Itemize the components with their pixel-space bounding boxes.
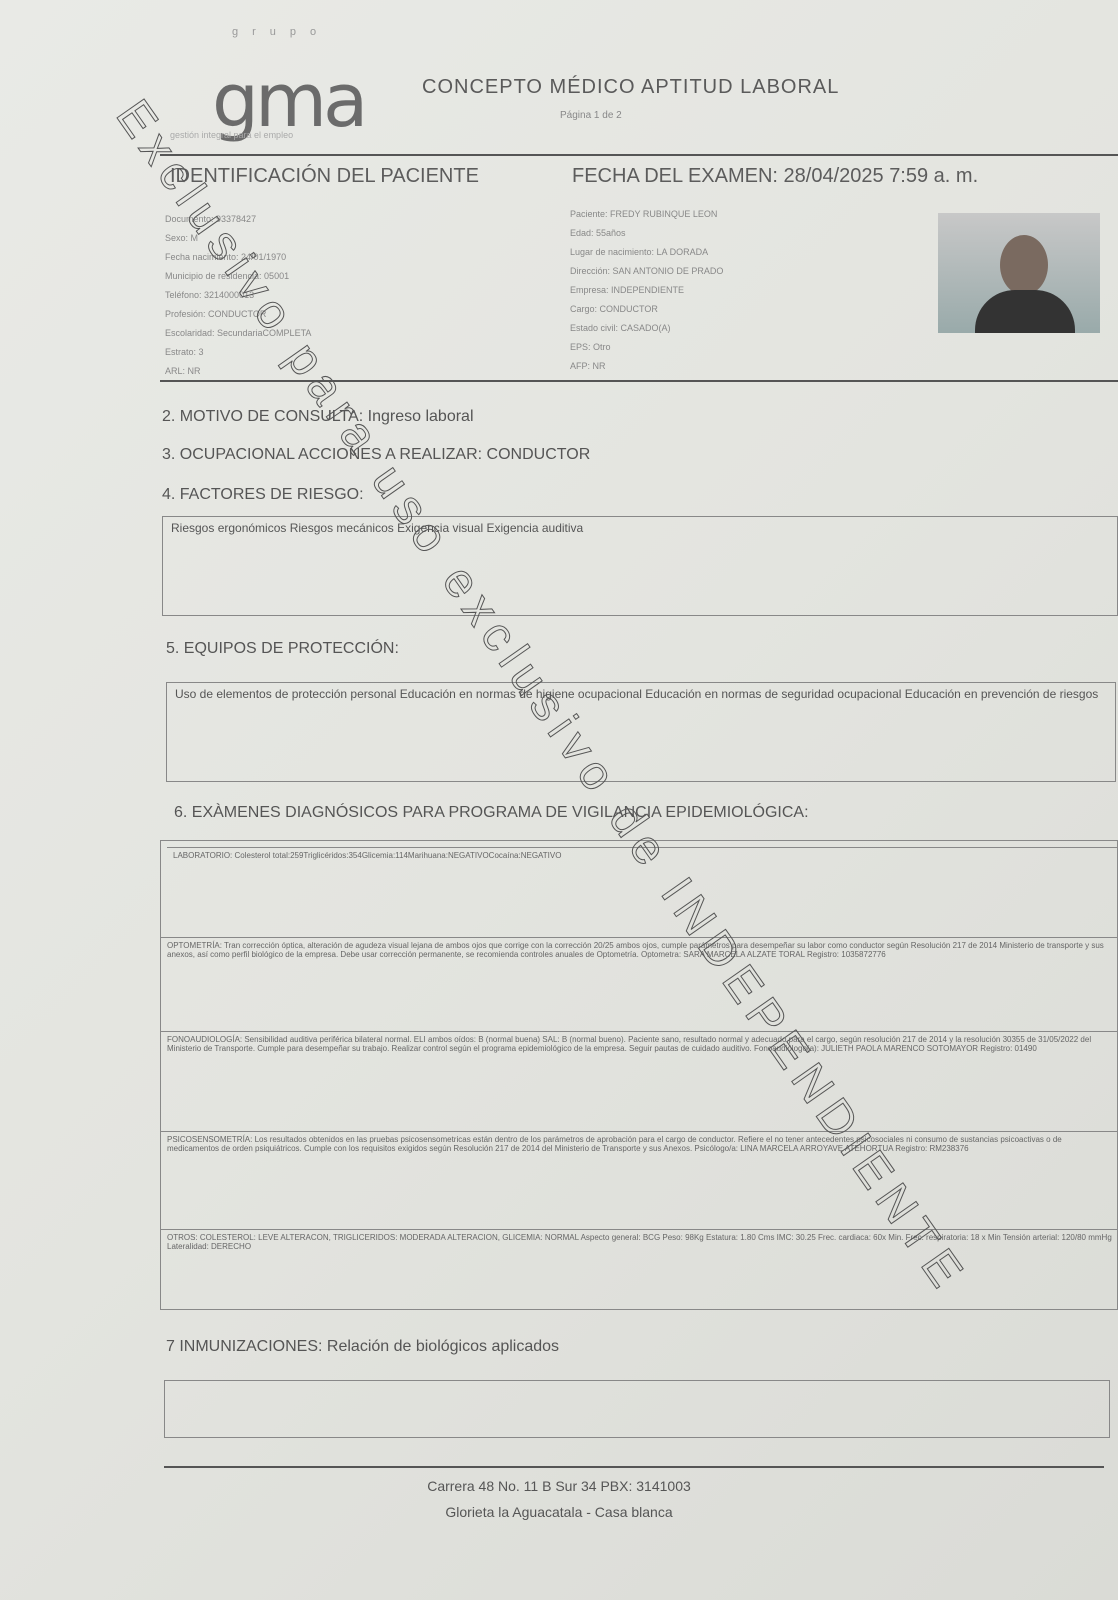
document-page: grupo gma gestión integral para el emple… bbox=[0, 0, 1118, 1600]
photo-head bbox=[1000, 235, 1048, 295]
psychosensometry-results: PSICOSENSOMETRÍA: Los resultados obtenid… bbox=[161, 1131, 1118, 1221]
brand-top: grupo bbox=[232, 26, 330, 38]
patient-fields-right: Paciente: FREDY RUBINQUE LEONEdad: 55año… bbox=[570, 205, 723, 376]
optometry-results: OPTOMETRÍA: Tran corrección óptica, alte… bbox=[161, 937, 1118, 1027]
footer-location: Glorieta la Aguacatala - Casa blanca bbox=[0, 1504, 1118, 1520]
footer-address: Carrera 48 No. 11 B Sur 34 PBX: 3141003 bbox=[0, 1478, 1118, 1494]
logo-tagline: gestión integral para el empleo bbox=[170, 130, 293, 140]
immunizations-box bbox=[164, 1380, 1110, 1438]
divider bbox=[160, 154, 1118, 156]
section-4-title: 4. FACTORES DE RIESGO: bbox=[162, 486, 364, 504]
divider bbox=[164, 1466, 1104, 1468]
section-6-title: 6. EXÀMENES DIAGNÓSICOS PARA PROGRAMA DE… bbox=[174, 804, 809, 822]
document-title: CONCEPTO MÉDICO APTITUD LABORAL bbox=[422, 76, 839, 99]
exams-box: LABORATORIO: Colesterol total:259Triglic… bbox=[160, 840, 1118, 1310]
section-7-title: 7 INMUNIZACIONES: Relación de biológicos… bbox=[166, 1338, 559, 1356]
exam-date: FECHA DEL EXAMEN: 28/04/2025 7:59 a. m. bbox=[572, 165, 978, 188]
section-5-title: 5. EQUIPOS DE PROTECCIÓN: bbox=[166, 640, 399, 658]
risk-factors-box: Riesgos ergonómicos Riesgos mecánicos Ex… bbox=[162, 516, 1118, 616]
page-number: Página 1 de 2 bbox=[560, 110, 622, 121]
audiology-results: FONOAUDIOLOGÍA: Sensibilidad auditiva pe… bbox=[161, 1031, 1118, 1121]
protection-box: Uso de elementos de protección personal … bbox=[166, 682, 1116, 782]
